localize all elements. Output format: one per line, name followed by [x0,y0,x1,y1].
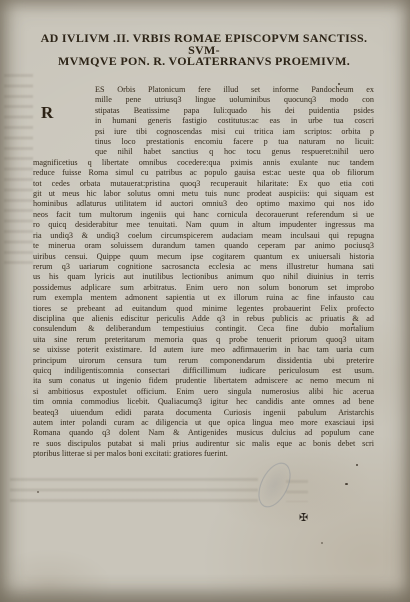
text-line: tinus loco prestationis encomiu facere p… [95,137,374,147]
text-line: autem inter polandi curam ac diligencia … [33,418,374,428]
text-line: consulendum & deliberandum tempestiuius … [33,324,374,334]
text-line: in humani generis fastigio costitutus:ac… [95,116,374,126]
text-line: tot cedes orbata mutauerat:pristina quoq… [33,179,374,189]
ink-speck [338,83,340,85]
text-line: tiores se prebeant ad euitandum quod min… [33,304,374,314]
heading-line-1: AD IVLIVM .II. VRBIS ROMAE EPISCOPVM SAN… [28,33,380,56]
text-line: hominibus adlaturus utilitatem id auctor… [33,199,374,209]
text-line: reduce fuisse Roma simul cu patribus ac … [33,168,374,178]
cross-mark: ✠ [299,511,308,524]
ink-speck [37,491,39,493]
text-line: magnificetius q libertate omnibus cocede… [33,158,374,168]
text-line: quicq indiligentis:omnia consectari diff… [33,366,374,376]
text-line: stipatas Beatissime papa Iuli:quado his … [95,106,374,116]
text-line: uiribus censui. Quippe quum mecum ipse c… [33,252,374,262]
ink-speck [352,323,354,325]
text-line: ria undiq3 & undiq3 coelum circumspicere… [33,231,374,241]
text-line: beateq3 uiuendum edidi parata documenta … [33,408,374,418]
body-text-block: ES Orbis Platonicum fere illud set infor… [33,85,374,460]
text-line: neos facit tum multorum ingeniis qui han… [33,210,374,220]
text-line: psi iure tibi cognoscendas misi cui trit… [95,127,374,137]
text-line: uita sine rerum preteritarum memoria qua… [33,335,374,345]
verso-showthrough-left-margin [4,74,33,264]
text-line: rerum q3 uariarum cognitione sacrosancta… [33,262,374,272]
text-line: ES Orbis Platonicum fere illud set infor… [95,85,374,95]
text-line: rum exempla mentem admonent sapientia ut… [33,293,374,303]
text-line: si ambitiosus expostulet officium. Enim … [33,387,374,397]
ink-speck [321,542,323,544]
text-line: tim omnia commodius licebit. Qualiacumq3… [33,397,374,407]
text-line: ptoribus litterae si per malos boni exci… [33,449,374,459]
text-line: re suos discipulos putabat si mali prius… [33,439,374,449]
book-page-photo: AD IVLIVM .II. VRBIS ROMAE EPISCOPVM SAN… [0,0,410,602]
text-line: que nihil habet sanctius q hoc tocu genu… [95,147,374,157]
body-lines: ES Orbis Platonicum fere illud set infor… [33,85,374,460]
text-line: se uixisse poterit existimare. Id autem … [33,345,374,355]
text-line: te minerua oram soluissem durandum tamen… [33,241,374,251]
heading-line-2: MVMQVE PON. R. VOLATERRANVS PROEMIVM. [28,56,380,68]
text-line: ita sum conatus ut ingenio fidem prudent… [33,376,374,386]
text-line: mille pene utriusq3 lingue uoluminibus q… [95,95,374,105]
text-line: ro quicq desiderabitur mee tenuitati. Na… [33,220,374,230]
text-line: us his quam lyricis aut inutilibus lecti… [33,272,374,282]
dedication-heading: AD IVLIVM .II. VRBIS ROMAE EPISCOPVM SAN… [28,33,380,68]
ink-speck [356,464,358,466]
oval-ownership-stamp [252,458,297,513]
text-line: possidemus adplicare sum arbitratus. Eni… [33,283,374,293]
text-line: Romana quando q3 dolent Nam & Antigenide… [33,428,374,438]
text-line: git ut meus hic labor solutus omni metu … [33,189,374,199]
text-line: disciplina que alienis ediscitur pericul… [33,314,374,324]
ink-speck [345,483,348,485]
text-line: principum uirorum censura tum rerum comp… [33,356,374,366]
verso-showthrough-bottom [10,478,258,509]
